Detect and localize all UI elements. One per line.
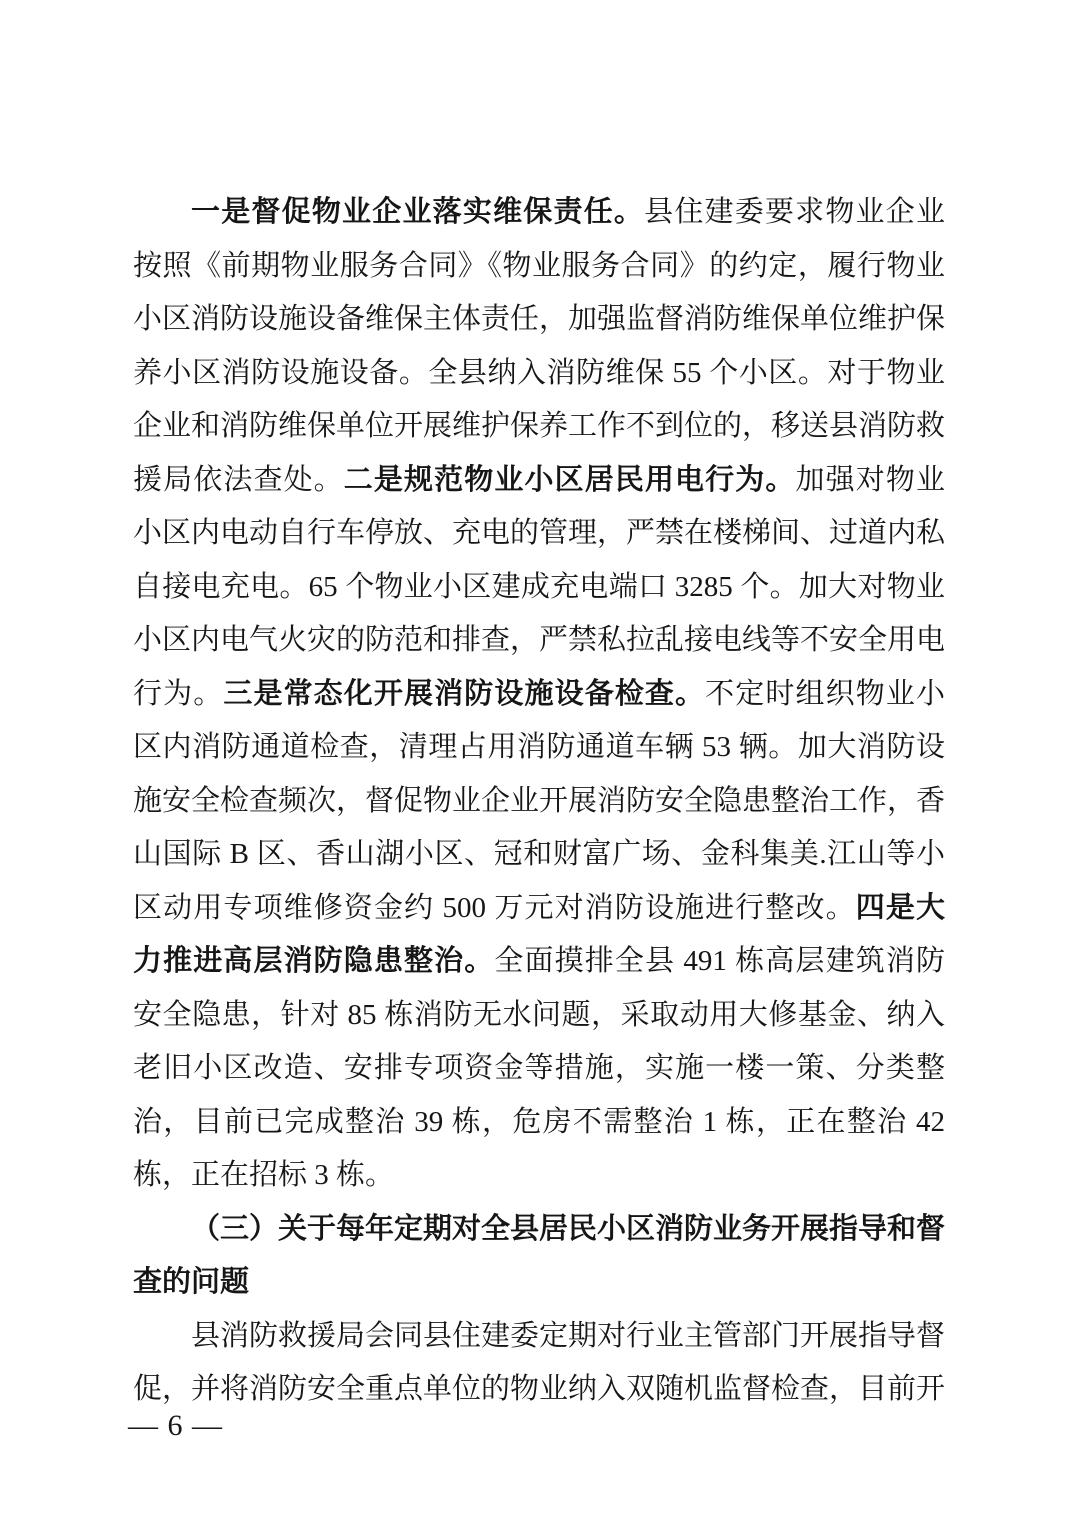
bold-run: 三是常态化开展消防设施设备检查。	[223, 678, 705, 710]
page-number: — 6 —	[128, 1408, 223, 1444]
text-run: 不定时组织物业小区内消防通道检查，清理占用消防通道车辆 53 辆。加大消防设施安…	[133, 678, 945, 924]
bold-run: 二是规范物业小区居民用电行为。	[344, 464, 796, 496]
document-body: 一是督促物业企业落实维保责任。县住建委要求物业企业按照《前期物业服务合同》《物业…	[133, 186, 945, 1417]
bold-run: 一是督促物业企业落实维保责任。	[191, 196, 644, 228]
text-run: 全面摸排全县 491 栋高层建筑消防安全隐患，针对 85 栋消防无水问题，采取动…	[133, 945, 945, 1191]
text-run: 县消防救援局会同县住建委定期对行业主管部门开展指导督促，并将消防安全重点单位的物…	[133, 1320, 945, 1406]
paragraph: 县消防救援局会同县住建委定期对行业主管部门开展指导督促，并将消防安全重点单位的物…	[133, 1310, 945, 1417]
text-run: 加强对物业小区内电动自行车停放、充电的管理，严禁在楼梯间、过道内私自接电充电。6…	[133, 464, 945, 710]
bold-run: （三）关于每年定期对全县居民小区消防业务开展指导和督查的问题	[133, 1213, 945, 1299]
section-heading: （三）关于每年定期对全县居民小区消防业务开展指导和督查的问题	[133, 1203, 945, 1310]
text-run: 县住建委要求物业企业按照《前期物业服务合同》《物业服务合同》的约定，履行物业小区…	[133, 196, 945, 496]
paragraph: 一是督促物业企业落实维保责任。县住建委要求物业企业按照《前期物业服务合同》《物业…	[133, 186, 945, 1203]
document-page: 一是督促物业企业落实维保责任。县住建委要求物业企业按照《前期物业服务合同》《物业…	[0, 0, 1074, 1520]
